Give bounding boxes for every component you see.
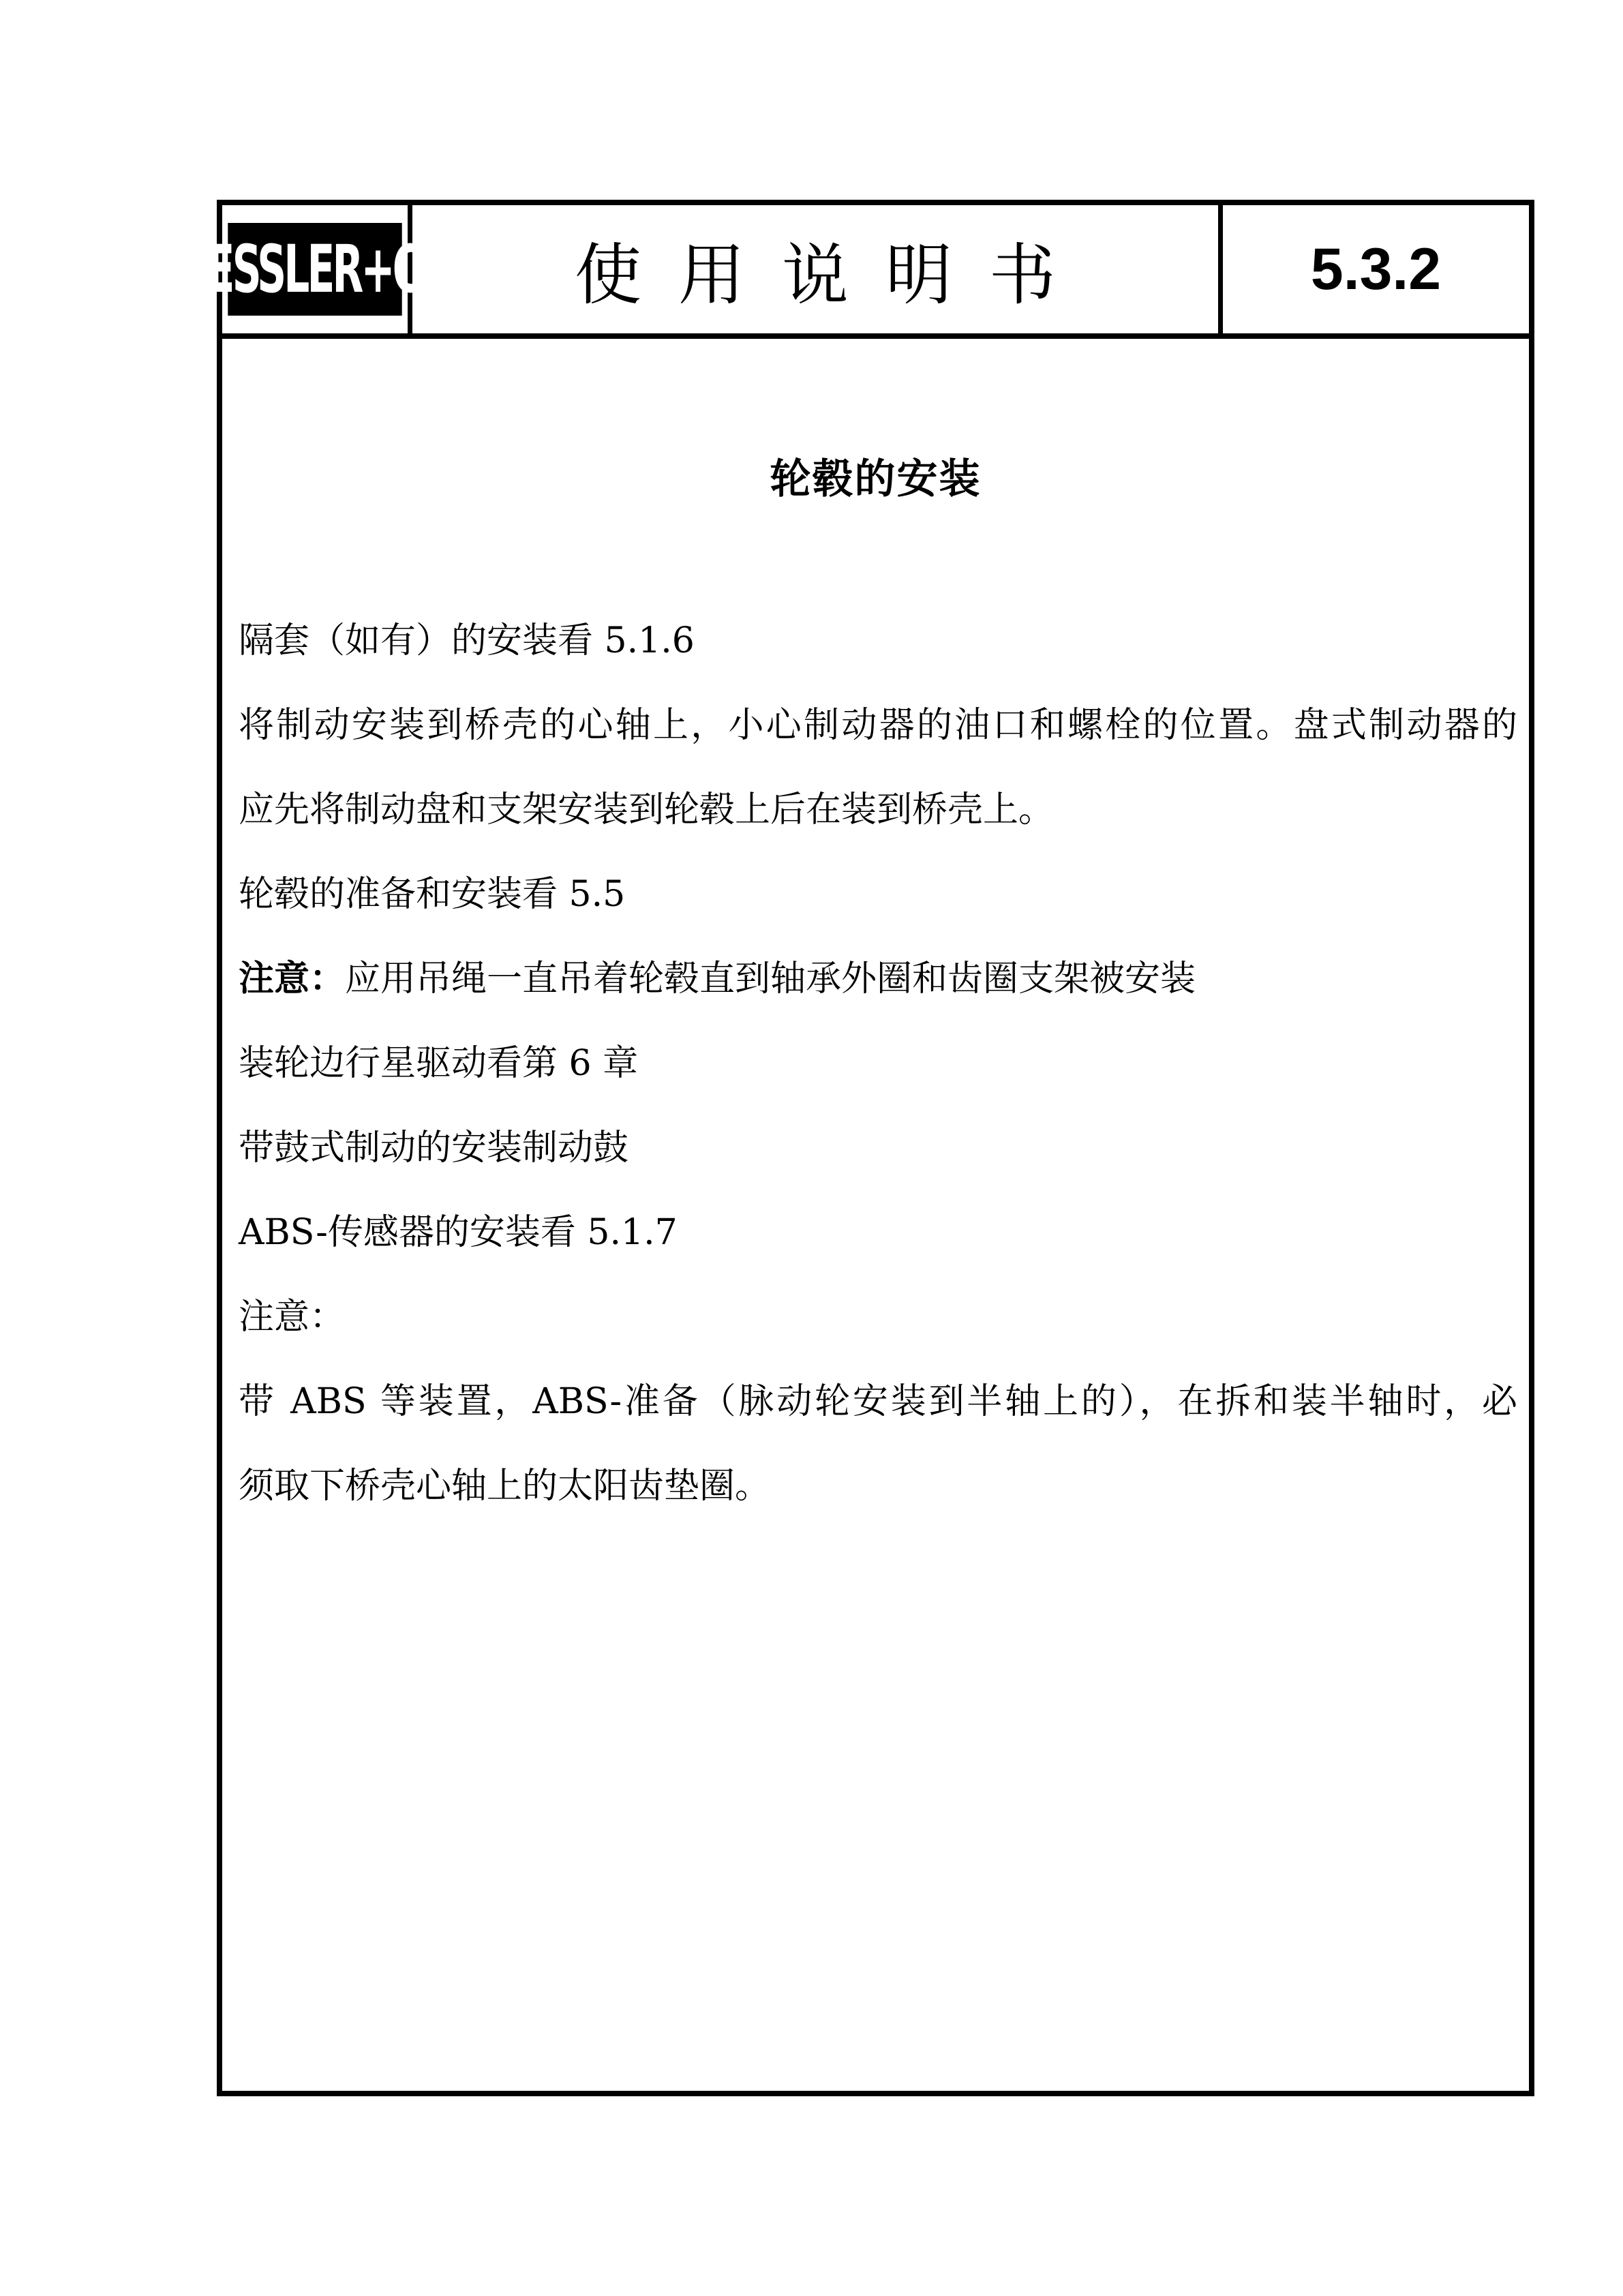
- body-line-11: 须取下桥壳心轴上的太阳齿垫圈。: [239, 1457, 770, 1508]
- body-line-2: 将制动安装到桥壳的心轴上，小心制动器的油口和螺栓的位置。盘式制动器的: [239, 696, 1517, 747]
- section-code: 5.3.2: [1311, 236, 1441, 303]
- body-line-3: 应先将制动盘和支架安装到轮毂上后在装到桥壳上。: [239, 781, 1054, 832]
- document-title: 使用说明书: [538, 222, 1093, 318]
- body-line-9: 注意：: [239, 1288, 345, 1339]
- note-label: 注意：: [239, 958, 345, 999]
- logo-cell: KESSLER+CO: [222, 205, 412, 333]
- body-line-4: 轮毂的准备和安装看 5.5: [239, 865, 625, 916]
- body-line-6: 装轮边行星驱动看第 6 章: [239, 1034, 638, 1085]
- body-line-7: 带鼓式制动的安装制动鼓: [239, 1119, 628, 1170]
- logo-text: KESSLER+CO: [228, 223, 401, 316]
- document-frame: KESSLER+CO 使用说明书 5.3.2 轮毂的安装 隔套（如有）的安装看 …: [217, 200, 1534, 2096]
- document-header: KESSLER+CO 使用说明书 5.3.2: [222, 205, 1529, 339]
- body-line-8: ABS-传感器的安装看 5.1.7: [239, 1203, 678, 1254]
- body-line-10: 带 ABS 等装置，ABS-准备（脉动轮安装到半轴上的），在拆和装半轴时，必: [239, 1372, 1517, 1423]
- body-line-5: 注意：应用吊绳一直吊着轮毂直到轴承外圈和齿圈支架被安装: [239, 950, 1196, 1001]
- section-heading: 轮毂的安装: [222, 447, 1529, 505]
- title-cell: 使用说明书: [412, 205, 1223, 333]
- note-text: 应用吊绳一直吊着轮毂直到轴承外圈和齿圈支架被安装: [345, 958, 1196, 999]
- body-line-1: 隔套（如有）的安装看 5.1.6: [239, 611, 695, 663]
- section-code-cell: 5.3.2: [1223, 205, 1529, 333]
